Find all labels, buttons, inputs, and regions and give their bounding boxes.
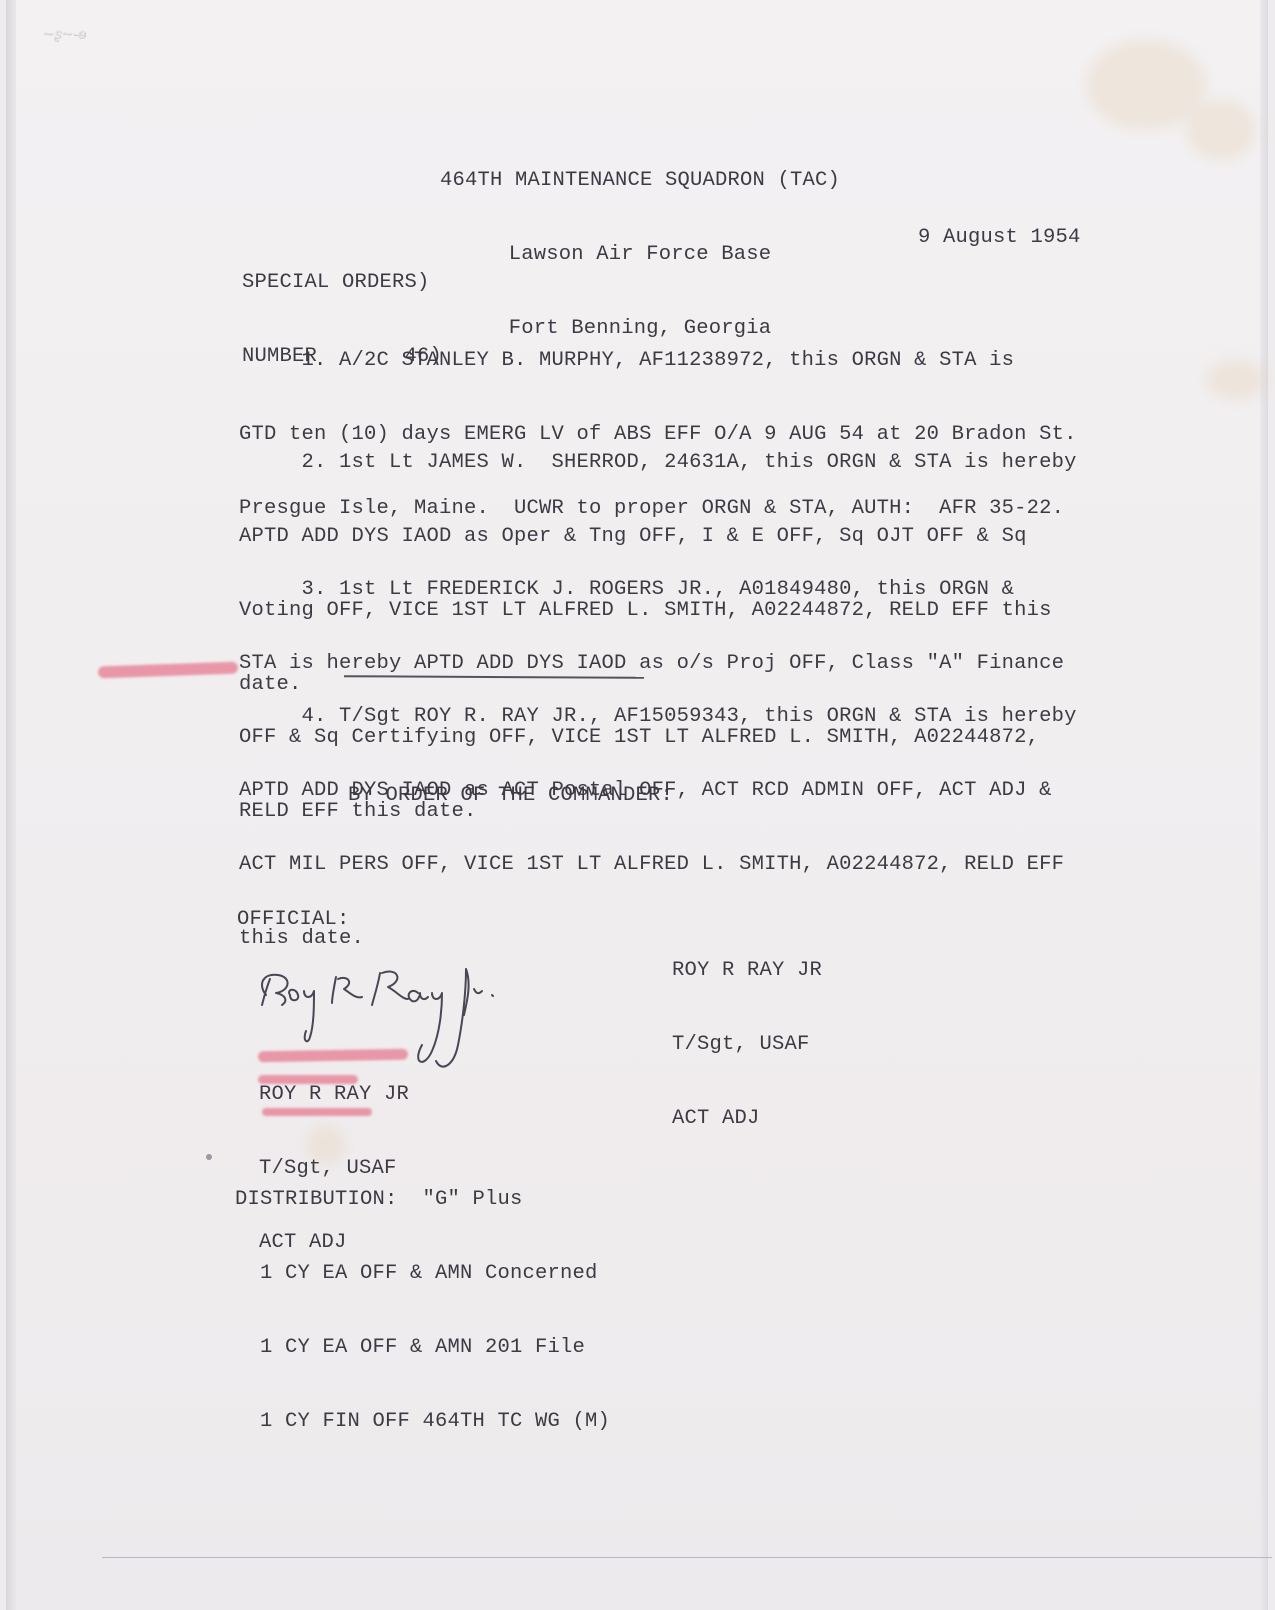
paper-stain xyxy=(1186,100,1256,160)
distribution-item: 1 CY FIN OFF 464TH TC WG (M) xyxy=(235,1410,610,1435)
embossed-mark: ~ʂ~-ɵ xyxy=(42,26,86,42)
paper-right-edge xyxy=(1260,0,1268,1610)
unit-name: 464TH MAINTENANCE SQUADRON (TAC) xyxy=(380,169,900,194)
distribution-item: 1 CY EA OFF & AMN Concerned xyxy=(235,1262,610,1287)
base-name: Lawson Air Force Base xyxy=(380,243,900,268)
paper-left-edge xyxy=(6,0,16,1610)
by-order-line: BY ORDER OF THE COMMANDER: xyxy=(348,784,673,809)
paper-stain xyxy=(1086,40,1206,130)
paragraph-line: 4. T/Sgt ROY R. RAY JR., AF15059343, thi… xyxy=(239,705,1139,730)
page-bottom-edge-line xyxy=(102,1557,1272,1558)
paper-stain xyxy=(1206,360,1266,400)
paragraph-line: 1. A/2C STANLEY B. MURPHY, AF11238972, t… xyxy=(239,349,1139,374)
distribution-list: DISTRIBUTION: "G" Plus 1 CY EA OFF & AMN… xyxy=(235,1139,610,1459)
official-label: OFFICIAL: xyxy=(237,908,350,933)
special-orders-line: SPECIAL ORDERS) xyxy=(242,271,442,296)
distribution-item: 1 CY EA OFF & AMN 201 File xyxy=(235,1336,610,1361)
ink-dot xyxy=(206,1154,212,1160)
distribution-heading: DISTRIBUTION: "G" Plus xyxy=(235,1188,610,1213)
order-date: 9 August 1954 xyxy=(918,226,1081,251)
signer-name: ROY R RAY JR xyxy=(672,959,822,984)
paragraph-line: 3. 1st Lt FREDERICK J. ROGERS JR., A0184… xyxy=(239,578,1139,603)
signer-title: ACT ADJ xyxy=(672,1107,822,1132)
signer-name: ROY R RAY JR xyxy=(259,1083,409,1108)
signer-rank: T/Sgt, USAF xyxy=(672,1033,822,1058)
paragraph-line: ACT MIL PERS OFF, VICE 1ST LT ALFRED L. … xyxy=(239,853,1139,878)
commander-signature-block: ROY R RAY JR T/Sgt, USAF ACT ADJ xyxy=(672,910,822,1156)
paragraph-line: 2. 1st Lt JAMES W. SHERROD, 24631A, this… xyxy=(239,451,1139,476)
